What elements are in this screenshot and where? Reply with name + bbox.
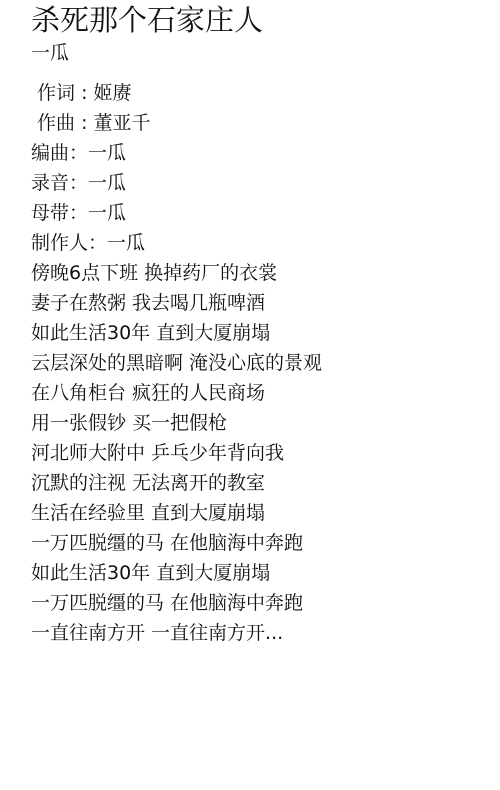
lyric-line: 生活在经验里 直到大厦崩塌 [31, 498, 500, 528]
lyric-line: 妻子在熬粥 我去喝几瓶啤酒 [31, 288, 500, 318]
lyric-line: 河北师大附中 乒乓少年背向我 [31, 438, 500, 468]
song-title: 杀死那个石家庄人 [31, 0, 500, 40]
credit-composer: 作曲 : 董亚千 [31, 108, 500, 138]
credit-mastering: 母带：一瓜 [31, 198, 500, 228]
lyric-line: 傍晚6点下班 换掉药厂的衣裳 [31, 258, 500, 288]
lyric-line: 如此生活30年 直到大厦崩塌 [31, 558, 500, 588]
lyric-line: 云层深处的黑暗啊 淹没心底的景观 [31, 348, 500, 378]
lyric-line: 一直往南方开 一直往南方开... [31, 618, 500, 648]
credit-lyricist: 作词 : 姬赓 [31, 78, 500, 108]
lyrics-page: 杀死那个石家庄人 一瓜 作词 : 姬赓 作曲 : 董亚千 编曲：一瓜 录音：一瓜… [31, 0, 500, 648]
lyric-line: 一万匹脱缰的马 在他脑海中奔跑 [31, 528, 500, 558]
lyric-line: 沉默的注视 无法离开的教室 [31, 468, 500, 498]
credit-producer: 制作人：一瓜 [31, 228, 500, 258]
lyric-line: 一万匹脱缰的马 在他脑海中奔跑 [31, 588, 500, 618]
credit-arranger: 编曲：一瓜 [31, 138, 500, 168]
lyric-line: 在八角柜台 疯狂的人民商场 [31, 378, 500, 408]
song-artist: 一瓜 [31, 40, 500, 66]
lyric-line: 用一张假钞 买一把假枪 [31, 408, 500, 438]
lyrics-body: 作词 : 姬赓 作曲 : 董亚千 编曲：一瓜 录音：一瓜 母带：一瓜 制作人：一… [31, 78, 500, 648]
credit-recording: 录音：一瓜 [31, 168, 500, 198]
lyric-line: 如此生活30年 直到大厦崩塌 [31, 318, 500, 348]
